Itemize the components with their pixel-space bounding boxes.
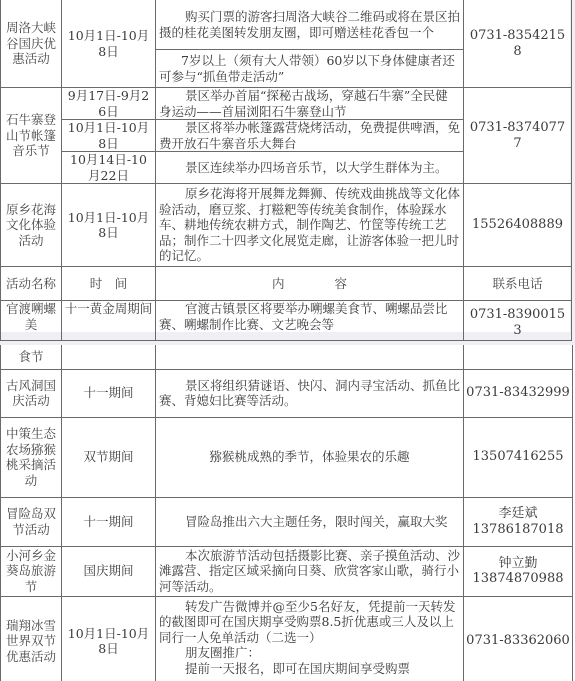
contact-cell: 李廷斌 13786187018 [464, 497, 573, 546]
contact-phone: 0731-83362060 [464, 596, 573, 681]
activity-content: 7岁以上（须有大人带领）60岁以下身体健康者还可参与“抓鱼带走活动” [156, 50, 464, 88]
activity-time: 10月14日-10月22日 [62, 152, 156, 184]
empty-cell [464, 345, 573, 369]
activity-table-bottom: 食节 古风洞国庆活动 十一期间 景区将组织猜谜语、快闪、洞内寻宝活动、抓鱼比赛、… [0, 345, 573, 681]
activity-content: 转发广告微博并@至少5名好友，凭提前一天转发的截图即可在国庆期享受购票8.5折优… [156, 596, 464, 681]
contact-phone: 0731-83542158 [464, 0, 572, 88]
activity-time: 9月17日-9月26日 [62, 88, 156, 120]
activity-content: 购买门票的游客扫周洛大峡谷二维码或将在景区拍摄的桂花美图转发朋友圈，即可赠送桂花… [156, 0, 464, 50]
activity-time: 10月1日-10月8日 [62, 596, 156, 681]
activity-name: 冒险岛双节活动 [1, 497, 62, 546]
activity-content: 官渡古镇景区将要举办嗍螺美食节、嗍螺品尝比赛、嗍螺制作比赛、文艺晚会等 [156, 301, 464, 341]
activity-name: 古风洞国庆活动 [1, 369, 62, 417]
activity-content: 景区举办首届“探秘古战场，穿越石牛寨”全民健身运动——首届浏阳石牛寨登山节 [156, 88, 464, 120]
activity-content: 景区将组织猜谜语、快闪、洞内寻宝活动、抓鱼比赛、背媳妇比赛等活动。 [156, 369, 464, 417]
table-row: 原乡花海文化体验活动 10月1日-10月8日 原乡花海将开展舞龙舞狮、传统戏曲挑… [1, 184, 572, 267]
contact-phone: 0731-83740777 [464, 88, 572, 184]
activity-time: 十一期间 [62, 369, 156, 417]
document-page-top: 周洛大峡谷国庆优惠活动 10月1日-10月8日 购买门票的游客扫周洛大峡谷二维码… [0, 0, 570, 332]
contact-phone: 13786187018 [466, 522, 570, 538]
content-line: 转发广告微博并@至少5名好友，凭提前一天转发的截图即可在国庆期享受购票8.5折优… [159, 599, 460, 646]
activity-time: 十一黄金周期间 [62, 301, 156, 341]
document-page-bottom: 食节 古风洞国庆活动 十一期间 景区将组织猜谜语、快闪、洞内寻宝活动、抓鱼比赛、… [0, 345, 575, 681]
table-header-row: 活动名称 时 间 内 容 联系电话 [1, 267, 572, 301]
contact-phone: 0731-83900153 [464, 301, 572, 341]
table-row: 周洛大峡谷国庆优惠活动 10月1日-10月8日 购买门票的游客扫周洛大峡谷二维码… [1, 0, 572, 50]
activity-time: 十一期间 [62, 497, 156, 546]
activity-content: 景区将举办帐篷露营烧烤活动，免费提供啤酒，免费开放石牛寨音乐大舞台 [156, 120, 464, 152]
activity-name: 官渡嗍螺美 [1, 301, 62, 341]
activity-content: 冒险岛推出六大主题任务，限时闯关，赢取大奖 [156, 497, 464, 546]
empty-cell [62, 345, 156, 369]
contact-phone: 0731-83432999 [464, 369, 573, 417]
activity-name: 小河乡金葵岛旅游节 [1, 546, 62, 596]
contact-name: 李廷斌 [466, 506, 570, 522]
contact-cell: 钟立勤 13874870988 [464, 546, 573, 596]
activity-name: 原乡花海文化体验活动 [1, 184, 62, 267]
header-time: 时 间 [62, 267, 156, 301]
table-row: 官渡嗍螺美 十一黄金周期间 官渡古镇景区将要举办嗍螺美食节、嗍螺品尝比赛、嗍螺制… [1, 301, 572, 341]
activity-content: 景区连续举办四场音乐节，以大学生群体为主。 [156, 152, 464, 184]
empty-cell [156, 345, 464, 369]
table-row: 古风洞国庆活动 十一期间 景区将组织猜谜语、快闪、洞内寻宝活动、抓鱼比赛、背媳妇… [1, 369, 573, 417]
table-row: 小河乡金葵岛旅游节 国庆期间 本次旅游节活动包括摄影比赛、亲子摸鱼活动、沙滩露营… [1, 546, 573, 596]
activity-name-continuation: 食节 [1, 345, 62, 369]
content-line: 朋友圈推广： [159, 645, 460, 661]
contact-phone: 15526408889 [464, 184, 572, 267]
content-line: 提前一天报名，即可在国庆期间享受购票 [159, 661, 460, 677]
activity-content: 本次旅游节活动包括摄影比赛、亲子摸鱼活动、沙滩露营、指定区域采摘向日葵、欣赏客家… [156, 546, 464, 596]
activity-time: 10月1日-10月8日 [62, 0, 156, 88]
table-row: 石牛寨登山节帐篷音乐节 9月17日-9月26日 景区举办首届“探秘古战场，穿越石… [1, 88, 572, 120]
table-row-continuation: 食节 [1, 345, 573, 369]
activity-content: 原乡花海将开展舞龙舞狮、传统戏曲挑战等文化体验活动，磨豆浆、打糍粑等传统美食制作… [156, 184, 464, 267]
activity-time: 双节期间 [62, 417, 156, 497]
activity-table-top: 周洛大峡谷国庆优惠活动 10月1日-10月8日 购买门票的游客扫周洛大峡谷二维码… [0, 0, 572, 341]
table-row: 瑞翔冰雪世界双节优惠活动 10月1日-10月8日 转发广告微博并@至少5名好友，… [1, 596, 573, 681]
header-content: 内 容 [156, 267, 464, 301]
activity-time: 10月1日-10月8日 [62, 184, 156, 267]
header-activity-name: 活动名称 [1, 267, 62, 301]
activity-time: 10月1日-10月8日 [62, 120, 156, 152]
activity-content: 猕猴桃成熟的季节，体验果农的乐趣 [156, 417, 464, 497]
activity-name: 瑞翔冰雪世界双节优惠活动 [1, 596, 62, 681]
contact-phone: 13507416255 [464, 417, 573, 497]
contact-phone: 13874870988 [466, 571, 570, 587]
activity-time: 国庆期间 [62, 546, 156, 596]
header-phone: 联系电话 [464, 267, 572, 301]
activity-name: 中策生态农场猕猴桃采摘活动 [1, 417, 62, 497]
activity-name: 周洛大峡谷国庆优惠活动 [1, 0, 62, 88]
activity-name: 石牛寨登山节帐篷音乐节 [1, 88, 62, 184]
table-row: 冒险岛双节活动 十一期间 冒险岛推出六大主题任务，限时闯关，赢取大奖 李廷斌 1… [1, 497, 573, 546]
contact-name: 钟立勤 [466, 556, 570, 572]
table-row: 中策生态农场猕猴桃采摘活动 双节期间 猕猴桃成熟的季节，体验果农的乐趣 1350… [1, 417, 573, 497]
